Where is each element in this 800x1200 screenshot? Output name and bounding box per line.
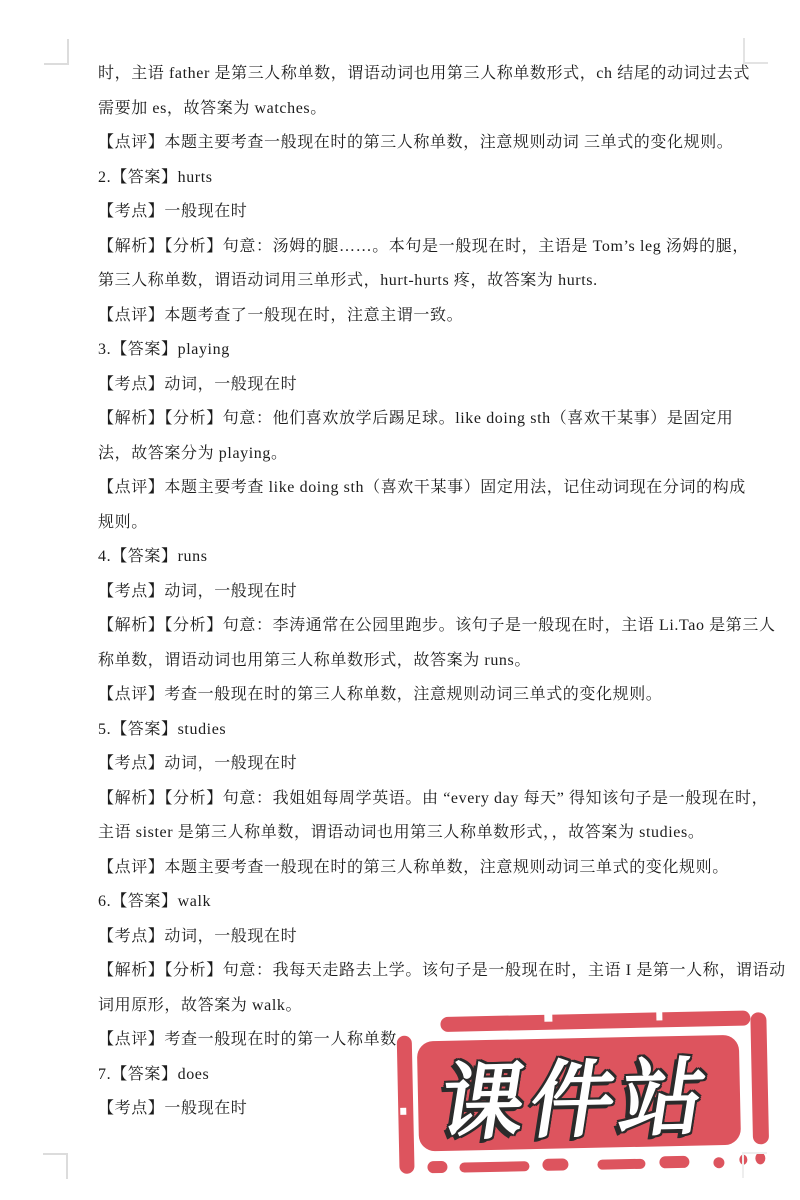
doc-line: 3.【答案】playing — [98, 333, 766, 368]
doc-line: 主语 sister 是第三人称单数，谓语动词也用第三人称单数形式，，故答案为 s… — [98, 816, 766, 851]
doc-line: 【解析】【分析】句意：他们喜欢放学后踢足球。like doing sth（喜欢干… — [98, 402, 766, 437]
stamp-frame-left — [397, 1036, 415, 1174]
doc-line: 规则。 — [98, 506, 766, 541]
text-boundary-mark-bottom-left — [43, 1153, 68, 1179]
doc-line: 第三人称单数，谓语动词用三单形式，hurt-hurts 疼，故答案为 hurts… — [98, 264, 766, 299]
stamp-distress-notch — [400, 1108, 406, 1115]
doc-line: 称单数，谓语动词也用第三人称单数形式，故答案为 runs。 — [98, 644, 766, 679]
stamp-frame-right — [750, 1012, 769, 1144]
text-boundary-mark-bottom-right — [742, 1152, 767, 1178]
text-boundary-mark-top-left — [44, 39, 69, 65]
stamp-frame-bottom-dash — [459, 1161, 529, 1172]
doc-line: 【点评】本题考查了一般现在时，注意主谓一致。 — [98, 299, 766, 334]
doc-line: 【解析】【分析】句意：汤姆的腿……。本句是一般现在时，主语是 Tom’s leg… — [98, 230, 766, 265]
doc-line: 【解析】【分析】句意：李涛通常在公园里跑步。该句子是一般现在时，主语 Li.Ta… — [98, 609, 766, 644]
kejianzhan-stamp: 课件站 — [394, 1004, 774, 1188]
doc-line: 【解析】【分析】句意：我每天走路去上学。该句子是一般现在时，主语 I 是第一人称… — [98, 954, 766, 989]
doc-line: 【考点】动词，一般现在时 — [98, 747, 766, 782]
doc-line: 【点评】本题主要考查一般现在时的第三人称单数，注意规则动词三单式的变化规则。 — [98, 851, 766, 886]
doc-line: 【考点】动词，一般现在时 — [98, 920, 766, 955]
doc-line: 【解析】【分析】句意：我姐姐每周学英语。由 “every day 每天” 得知该… — [98, 782, 766, 817]
stamp-frame-top — [440, 1010, 750, 1031]
doc-line: 【考点】动词，一般现在时 — [98, 368, 766, 403]
doc-line: 【考点】动词，一般现在时 — [98, 575, 766, 610]
doc-line: 【点评】本题主要考查一般现在时的第三人称单数，注意规则动词 三单式的变化规则。 — [98, 126, 766, 161]
stamp-text: 课件站 — [433, 1030, 722, 1157]
doc-line: 2.【答案】hurts — [98, 161, 766, 196]
doc-line: 4.【答案】runs — [98, 540, 766, 575]
text-boundary-mark-top-right — [743, 38, 768, 64]
stamp-frame-bottom-dash — [427, 1161, 447, 1173]
stamp-distress-notch — [656, 1011, 662, 1020]
doc-line: 需要加 es，故答案为 watches。 — [98, 92, 766, 127]
stamp-body: 课件站 — [417, 1035, 741, 1152]
doc-line: 【考点】一般现在时 — [98, 195, 766, 230]
doc-line: 【点评】本题主要考查 like doing sth（喜欢干某事）固定用法，记住动… — [98, 471, 766, 506]
doc-line: 法，故答案分为 playing。 — [98, 437, 766, 472]
doc-line: 6.【答案】walk — [98, 885, 766, 920]
stamp-frame-bottom-dash — [597, 1159, 645, 1170]
doc-line: 【点评】考查一般现在时的第三人称单数，注意规则动词三单式的变化规则。 — [98, 678, 766, 713]
doc-line: 5.【答案】studies — [98, 713, 766, 748]
stamp-frame-bottom-dash — [713, 1157, 724, 1168]
document-page: { "document": { "lines": [ "时，主语 father … — [0, 0, 800, 1200]
stamp-distress-notch — [544, 1013, 552, 1022]
stamp-frame-bottom-dash — [542, 1158, 568, 1171]
doc-line: 时，主语 father 是第三人称单数，谓语动词也用第三人称单数形式，ch 结尾… — [98, 57, 766, 92]
document-text: 时，主语 father 是第三人称单数，谓语动词也用第三人称单数形式，ch 结尾… — [98, 57, 766, 1127]
stamp-frame-bottom-dash — [659, 1156, 689, 1169]
